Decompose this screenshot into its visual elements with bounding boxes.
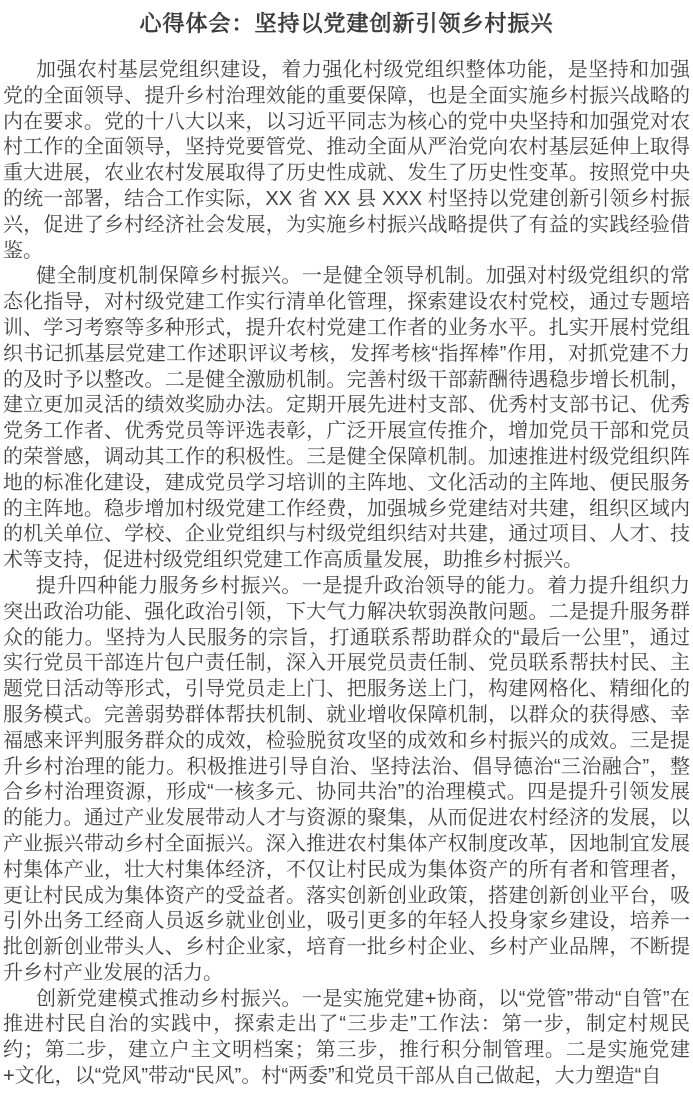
paragraph-intro: 加强农村基层党组织建设，着力强化村级党组织整体功能，是坚持和加强党的全面领导、提… <box>3 58 690 264</box>
paragraph-party-building-models: 创新党建模式推动乡村振兴。一是实施党建+协商，以“党管”带动“自管”在推进村民自… <box>3 987 690 1090</box>
paragraph-institutional-mechanisms: 健全制度机制保障乡村振兴。一是健全领导机制。加强对村级党组织的常态化指导，对村级… <box>3 264 690 574</box>
document-page: 心得体会：坚持以党建创新引领乡村振兴 加强农村基层党组织建设，着力强化村级党组织… <box>0 0 693 1097</box>
paragraph-four-capabilities: 提升四种能力服务乡村振兴。一是提升政治领导的能力。着力提升组织力突出政治功能、强… <box>3 574 690 987</box>
document-title: 心得体会：坚持以党建创新引领乡村振兴 <box>3 10 690 38</box>
